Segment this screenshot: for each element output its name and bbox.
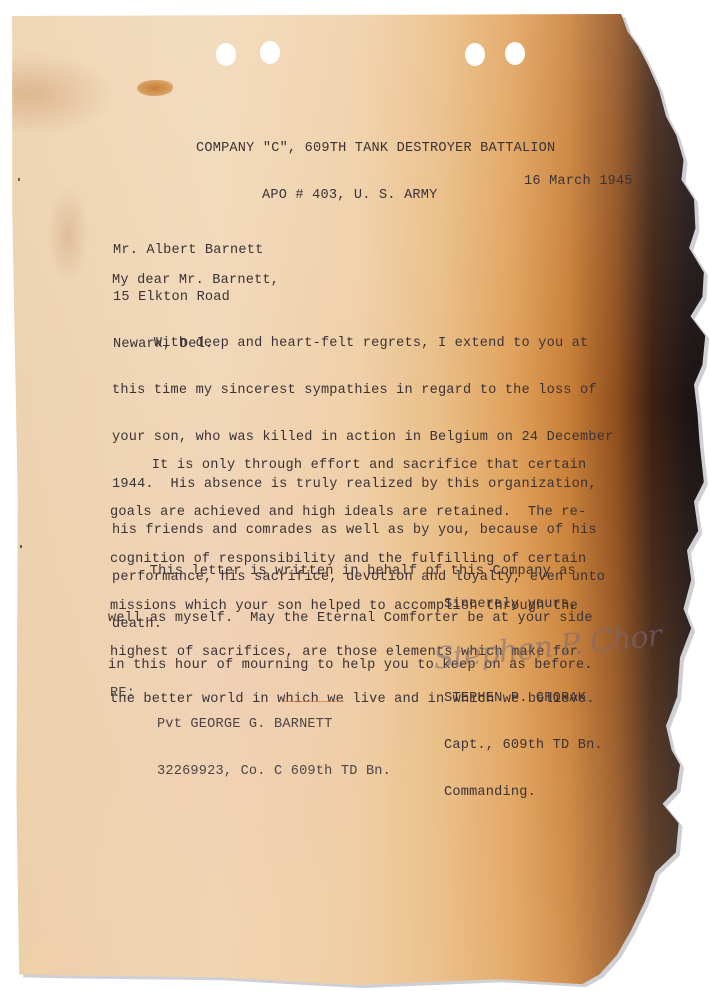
- margin-mark: [20, 545, 22, 548]
- letter-date: 16 March 1945: [524, 174, 633, 190]
- signatory-role: Commanding.: [444, 785, 603, 801]
- red-underline: [282, 701, 344, 702]
- paragraph-line: well as myself. May the Eternal Comforte…: [108, 611, 593, 627]
- signatory-title: Capt., 609th TD Bn.: [444, 738, 603, 754]
- punch-hole: [260, 41, 280, 64]
- letterhead-address: APO # 403, U. S. ARMY: [196, 188, 555, 204]
- margin-mark: [18, 178, 20, 181]
- salutation: My dear Mr. Barnett,: [112, 273, 279, 289]
- paragraph-line: With deep and heart-felt regrets, I exte…: [112, 336, 613, 352]
- punch-hole: [216, 43, 236, 66]
- reference-unit: 32269923, Co. C 609th TD Bn.: [157, 764, 391, 780]
- punch-hole: [505, 42, 525, 65]
- reference-label: RE:: [110, 686, 135, 702]
- letterhead-unit: COMPANY "C", 609TH TANK DESTROYER BATTAL…: [196, 141, 555, 157]
- signatory-block: STEPHEN P. CHORAK Capt., 609th TD Bn. Co…: [444, 660, 603, 816]
- reference-soldier: Pvt GEORGE G. BARNETT: [157, 717, 391, 733]
- signatory-name: STEPHEN P. CHORAK: [444, 691, 603, 707]
- letterhead: COMPANY "C", 609TH TANK DESTROYER BATTAL…: [196, 110, 555, 219]
- stain-mark: [137, 80, 173, 96]
- paragraph-line: goals are achieved and high ideals are r…: [110, 505, 595, 521]
- closing: Sincerely yours,: [444, 597, 578, 613]
- paragraph-line: This letter is written in behalf of this…: [108, 564, 593, 580]
- paragraph-line: this time my sincerest sympathies in reg…: [112, 383, 613, 399]
- punch-hole: [465, 43, 485, 66]
- paragraph-line: It is only through effort and sacrifice …: [110, 458, 595, 474]
- recipient-street: 15 Elkton Road: [113, 290, 263, 306]
- reference-block: Pvt GEORGE G. BARNETT 32269923, Co. C 60…: [157, 686, 391, 795]
- recipient-name: Mr. Albert Barnett: [113, 243, 263, 259]
